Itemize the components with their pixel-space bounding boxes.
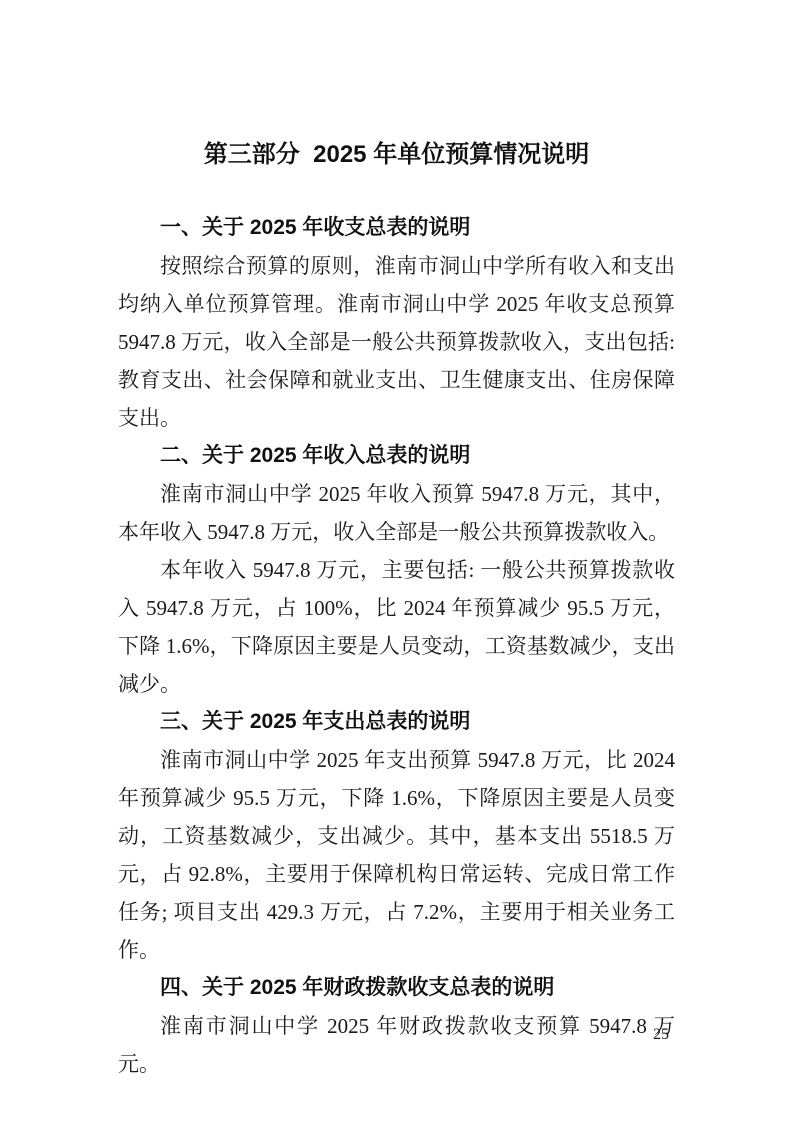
page-title: 第三部分 2025 年单位预算情况说明 <box>0 134 793 176</box>
paragraph: 淮南市洞山中学 2025 年支出预算 5947.8 万元，比 2024 年预算减… <box>118 741 675 969</box>
document-content: 一、关于 2025 年收支总表的说明 按照综合预算的原则，淮南市洞山中学所有收入… <box>118 209 675 1083</box>
page-number: 25 <box>653 1026 669 1044</box>
section-expenditure-summary: 三、关于 2025 年支出总表的说明 淮南市洞山中学 2025 年支出预算 59… <box>118 703 675 969</box>
paragraph: 按照综合预算的原则，淮南市洞山中学所有收入和支出均纳入单位预算管理。淮南市洞山中… <box>118 247 675 437</box>
document-page: 第三部分 2025 年单位预算情况说明 一、关于 2025 年收支总表的说明 按… <box>0 0 793 1122</box>
paragraph: 本年收入 5947.8 万元，主要包括: 一般公共预算拨款收入 5947.8 万… <box>118 551 675 703</box>
section-budget-overview: 一、关于 2025 年收支总表的说明 按照综合预算的原则，淮南市洞山中学所有收入… <box>118 209 675 437</box>
paragraph: 淮南市洞山中学 2025 年收入预算 5947.8 万元，其中，本年收入 594… <box>118 475 675 551</box>
section-fiscal-appropriation-summary: 四、关于 2025 年财政拨款收支总表的说明 淮南市洞山中学 2025 年财政拨… <box>118 969 675 1083</box>
section-heading: 二、关于 2025 年收入总表的说明 <box>118 437 675 475</box>
section-income-summary: 二、关于 2025 年收入总表的说明 淮南市洞山中学 2025 年收入预算 59… <box>118 437 675 703</box>
section-heading: 三、关于 2025 年支出总表的说明 <box>118 703 675 741</box>
section-heading: 一、关于 2025 年收支总表的说明 <box>118 209 675 247</box>
section-heading: 四、关于 2025 年财政拨款收支总表的说明 <box>118 969 675 1007</box>
paragraph: 淮南市洞山中学 2025 年财政拨款收支预算 5947.8 万元。 <box>118 1007 675 1083</box>
